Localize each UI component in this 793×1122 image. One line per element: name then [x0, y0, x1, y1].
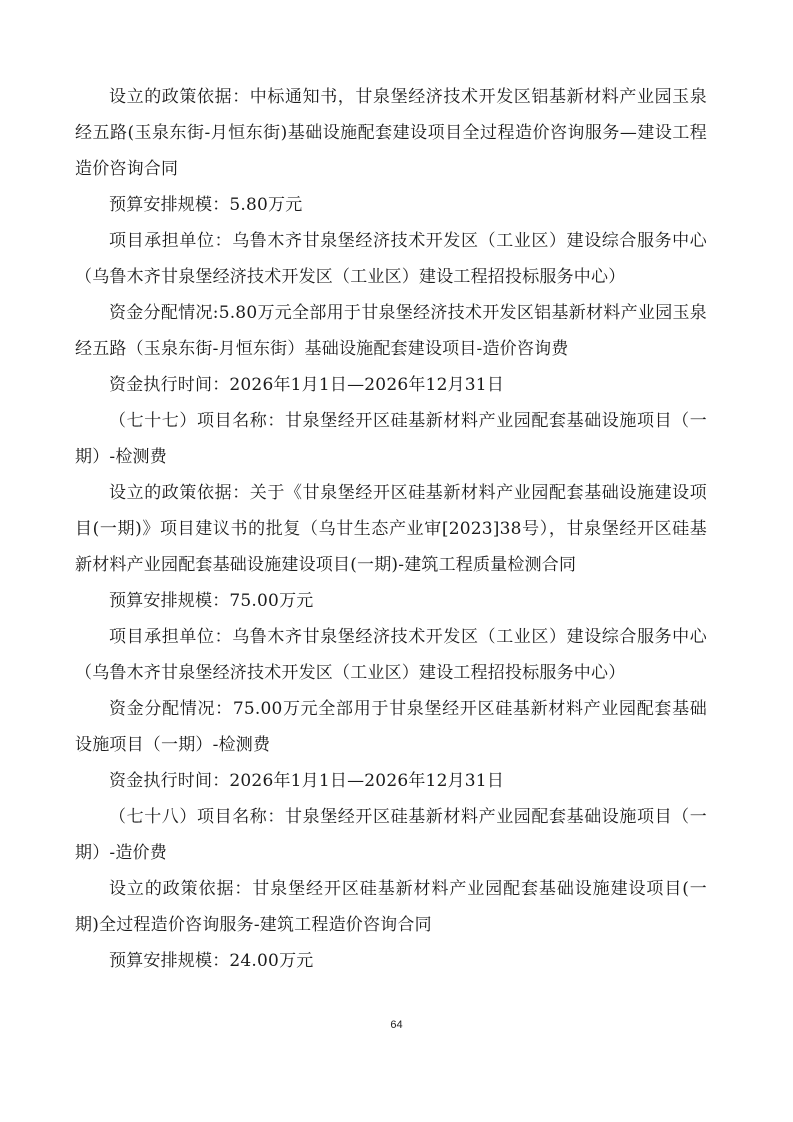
- execution-period-paragraph: 资金执行时间：2026年1月1日—2026年12月31日: [75, 763, 707, 799]
- page-number: 64: [0, 1019, 793, 1031]
- project-78-title: （七十八）项目名称：甘泉堡经开区硅基新材料产业园配套基础设施项目（一期）-造价费: [75, 799, 707, 871]
- responsible-unit-paragraph: 项目承担单位：乌鲁木齐甘泉堡经济技术开发区（工业区）建设综合服务中心（乌鲁木齐甘…: [75, 223, 707, 295]
- policy-basis-paragraph: 设立的政策依据：关于《甘泉堡经开区硅基新材料产业园配套基础设施建设项目(一期)》…: [75, 475, 707, 583]
- execution-period-paragraph: 资金执行时间：2026年1月1日—2026年12月31日: [75, 367, 707, 403]
- fund-allocation-paragraph: 资金分配情况：75.00万元全部用于甘泉堡经开区硅基新材料产业园配套基础设施项目…: [75, 691, 707, 763]
- fund-allocation-paragraph: 资金分配情况:5.80万元全部用于甘泉堡经济技术开发区铝基新材料产业园玉泉经五路…: [75, 295, 707, 367]
- responsible-unit-paragraph: 项目承担单位：乌鲁木齐甘泉堡经济技术开发区（工业区）建设综合服务中心（乌鲁木齐甘…: [75, 619, 707, 691]
- budget-scale-paragraph: 预算安排规模：5.80万元: [75, 187, 707, 223]
- document-body: 设立的政策依据：中标通知书，甘泉堡经济技术开发区铝基新材料产业园玉泉经五路(玉泉…: [75, 79, 707, 979]
- budget-scale-paragraph: 预算安排规模：24.00万元: [75, 943, 707, 979]
- policy-basis-paragraph: 设立的政策依据：甘泉堡经开区硅基新材料产业园配套基础设施建设项目(一期)全过程造…: [75, 871, 707, 943]
- budget-scale-paragraph: 预算安排规模：75.00万元: [75, 583, 707, 619]
- project-77-title: （七十七）项目名称：甘泉堡经开区硅基新材料产业园配套基础设施项目（一期）-检测费: [75, 403, 707, 475]
- policy-basis-paragraph: 设立的政策依据：中标通知书，甘泉堡经济技术开发区铝基新材料产业园玉泉经五路(玉泉…: [75, 79, 707, 187]
